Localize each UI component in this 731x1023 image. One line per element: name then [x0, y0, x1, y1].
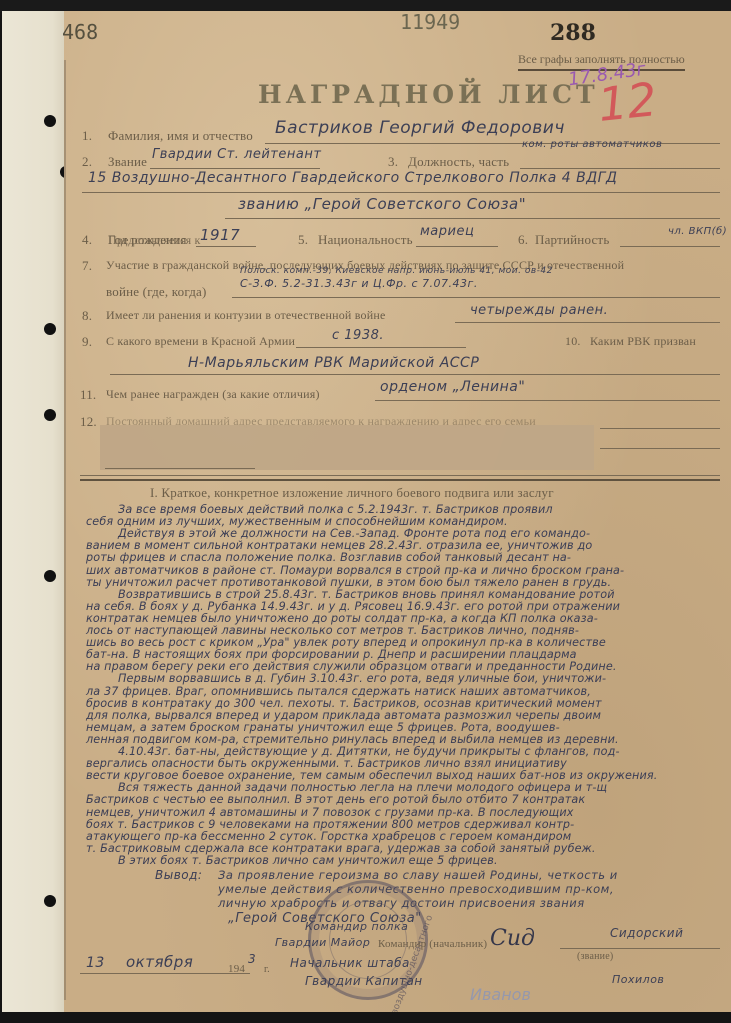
narrative-line: ванием в момент сильной контратаки немце… [86, 539, 592, 552]
fill-line [520, 168, 720, 169]
field-value-conscription: Н-Марьяльским РВК Марийской АССР [188, 355, 479, 371]
section-divider [80, 475, 720, 476]
punch-hole [44, 570, 56, 582]
field-label-position: Должность, часть [408, 154, 509, 170]
date-year-suffix: 3 [248, 952, 256, 966]
field-label-name: Фамилия, имя и отчество [108, 128, 253, 144]
field-value-position: ком. роты автоматчиков [522, 139, 662, 150]
narrative-line: роты фрицев и спасла положение полка. Во… [86, 551, 571, 564]
fill-line [416, 246, 498, 247]
archive-stamp-number: 11949 [400, 10, 460, 34]
archive-stub-margin [2, 11, 65, 1012]
punch-hole [44, 409, 56, 421]
narrative-line: т. Бастриковым сдержала все контратаки в… [86, 842, 596, 855]
narrative-line: боях т. Бастриков с 9 человеками на прот… [86, 818, 574, 831]
section-heading: I. Краткое, конкретное изложение личного… [150, 485, 554, 501]
conclusion-line: умелые действия с количественно превосхо… [218, 882, 614, 896]
narrative-line: немцев, уничтожил 4 автомашины и 7 повоз… [86, 806, 574, 819]
narrative-line: лось от наступающей лавины несколько сот… [86, 624, 579, 637]
field-number: 1. [82, 128, 92, 144]
field-label-nationality: Национальность [318, 232, 413, 248]
fill-line [196, 246, 256, 247]
field-number: 6. [518, 232, 528, 248]
date-year-prefix: 194 [228, 963, 245, 975]
fill-line [82, 192, 720, 193]
narrative-line: контратак немцев было уничтожено до роты… [86, 612, 598, 625]
fill-line [620, 246, 720, 247]
blue-ink-signature: Иванов [470, 985, 531, 1004]
field-value-war-participation: С-З.Ф. 5.2-31.3.43г и Ц.Фр. с 7.07.43г. [240, 277, 478, 290]
chief-of-staff-name: Похилов [612, 973, 664, 986]
field-label-wounds: Имеет ли ранения и контузии в отечествен… [106, 308, 386, 323]
field-value-nationality: мариец [420, 224, 474, 239]
fill-line [80, 973, 250, 974]
field-value-nominated: званию „Герой Советского Союза" [238, 195, 526, 213]
field-value-unit: 15 Воздушно-Десантного Гвардейского Стре… [88, 170, 617, 186]
fill-line [600, 448, 720, 449]
punch-hole [44, 895, 56, 907]
narrative-line: Первым ворвавшись в д. Губин 3.10.43г. е… [118, 672, 606, 685]
date-month: октября [126, 953, 193, 971]
narrative-line: ты уничтожил расчет противотанковой пушк… [86, 576, 611, 589]
commander-name: Сидорский [610, 926, 683, 940]
narrative-line: За все время боевых действий полка с 5.2… [118, 503, 553, 516]
commander-title: Командир полка [305, 920, 408, 933]
fill-line [105, 468, 255, 469]
narrative-line: себя одним из лучших, мужественным и спо… [86, 515, 508, 528]
conclusion-label: Вывод: [155, 868, 202, 882]
narrative-line: ла 37 фрицев. Враг, опомнившись пытался … [86, 685, 591, 698]
scan-bottom-border [0, 1012, 731, 1023]
narrative-line: немцам, а затем броском гранаты уничтожи… [86, 721, 560, 734]
narrative-line: шись во весь рост с криком „Ура" увлек р… [86, 636, 606, 649]
fill-line [225, 218, 720, 219]
document-title: НАГРАДНОЙ ЛИСТ [258, 80, 599, 109]
field-number: 12. [80, 414, 97, 430]
narrative-line: В этих боях т. Бастриков лично сам уничт… [118, 854, 498, 867]
redacted-address-block [100, 425, 594, 470]
narrative-line: вергались опасности быть окруженными. т.… [86, 757, 567, 770]
field-label-rank: Звание [108, 154, 147, 170]
narrative-line: Возвратившись в строй 25.8.43г. т. Бастр… [118, 588, 615, 601]
field-label-war-participation-line2: войне (где, когда) [106, 284, 207, 300]
narrative-line: бат-на. В настоящих боях при форсировани… [86, 648, 577, 661]
narrative-line: для полка, вырвался вперед и ударом прик… [86, 709, 601, 722]
narrative-line: Бастриков с честью ее выполнил. В этот д… [86, 793, 585, 806]
field-label-position: 3. [388, 154, 398, 170]
archive-number-left: 468 [62, 20, 98, 44]
date-year-abbr: г. [264, 964, 270, 975]
narrative-line: Действуя в этой же должности на Сев.-Зап… [118, 527, 590, 540]
field-value-army-since: с 1938. [332, 328, 384, 343]
chief-of-staff-rank: Гвардии Капитан [305, 974, 423, 988]
narrative-line: вести круговое боевое охранение, тем сам… [86, 769, 657, 782]
commander-signature: Сид [490, 926, 535, 951]
field-value-birth-year: 1917 [200, 226, 240, 244]
date-day: 13 [86, 955, 105, 971]
red-pencil-number: 12 [595, 72, 659, 132]
fill-line [600, 428, 720, 429]
fill-line [375, 400, 720, 401]
narrative-line: Вся тяжесть данной задачи полностью легл… [118, 781, 607, 794]
punch-hole [44, 115, 56, 127]
fill-line [560, 948, 720, 949]
commander-rank: Гвардии Майор [275, 936, 370, 949]
field-value-prior-awards: орденом „Ленина" [380, 379, 525, 395]
narrative-line: ших автоматчиков в районе ст. Помаури во… [86, 564, 624, 577]
sheet-fold-line [64, 60, 66, 1000]
commander-label: Командир (начальник) [378, 938, 487, 950]
field-label-conscription: Каким РВК призван [590, 334, 696, 349]
narrative-line: на себя. В боях у д. Рубанка 14.9.43г. и… [86, 600, 620, 613]
field-value-rank: Гвардии Ст. лейтенант [152, 147, 321, 162]
section-divider [80, 479, 720, 481]
rank-caption: (звание) [577, 951, 613, 962]
field-number: 4. [82, 232, 92, 248]
field-number: 11. [80, 387, 96, 403]
field-label-prior-awards: Чем ранее награжден (за какие отличия) [106, 387, 320, 402]
field-value-wounds: четырежды ранен. [470, 303, 608, 318]
narrative-line: бросив в контратаку до 300 чел. пехоты. … [86, 697, 602, 710]
narrative-line: 4.10.43г. бат-ны, действующие у д. Дитят… [118, 745, 620, 758]
field-number: 8. [82, 308, 92, 324]
field-label-birth-year: Год рождения [108, 232, 187, 248]
fill-line [232, 297, 720, 298]
fill-line [110, 374, 720, 375]
field-label-conscription: 10. [565, 334, 581, 349]
fill-line [455, 322, 720, 323]
fill-line [150, 168, 320, 169]
narrative-line: ленная подвигом ком-ра, стремительно рин… [86, 733, 619, 746]
field-number: 7. [82, 258, 92, 274]
chief-of-staff-title: Начальник штаба [290, 956, 410, 970]
field-label-party: Партийность [535, 232, 609, 248]
fill-line [296, 347, 466, 348]
field-value-name: Бастриков Георгий Федорович [275, 118, 565, 138]
field-number: 5. [298, 232, 308, 248]
narrative-line: атакующего пр-ка бессменно 2 суток. Горс… [86, 830, 571, 843]
conclusion-line: За проявление героизма во славу нашей Ро… [218, 868, 618, 882]
field-value-war-participation-detail: Полоск. комп.-39, Киевское напр. июнь-ию… [240, 266, 553, 276]
punch-hole [44, 323, 56, 335]
field-number: 2. [82, 154, 92, 170]
field-value-party: чл. ВКП(б) [668, 226, 727, 237]
field-label-army-since: С какого времени в Красной Армии [106, 334, 295, 349]
field-number: 9. [82, 334, 92, 350]
page-number: 288 [550, 20, 596, 46]
narrative-line: на правом берегу реки его действия служи… [86, 660, 617, 673]
